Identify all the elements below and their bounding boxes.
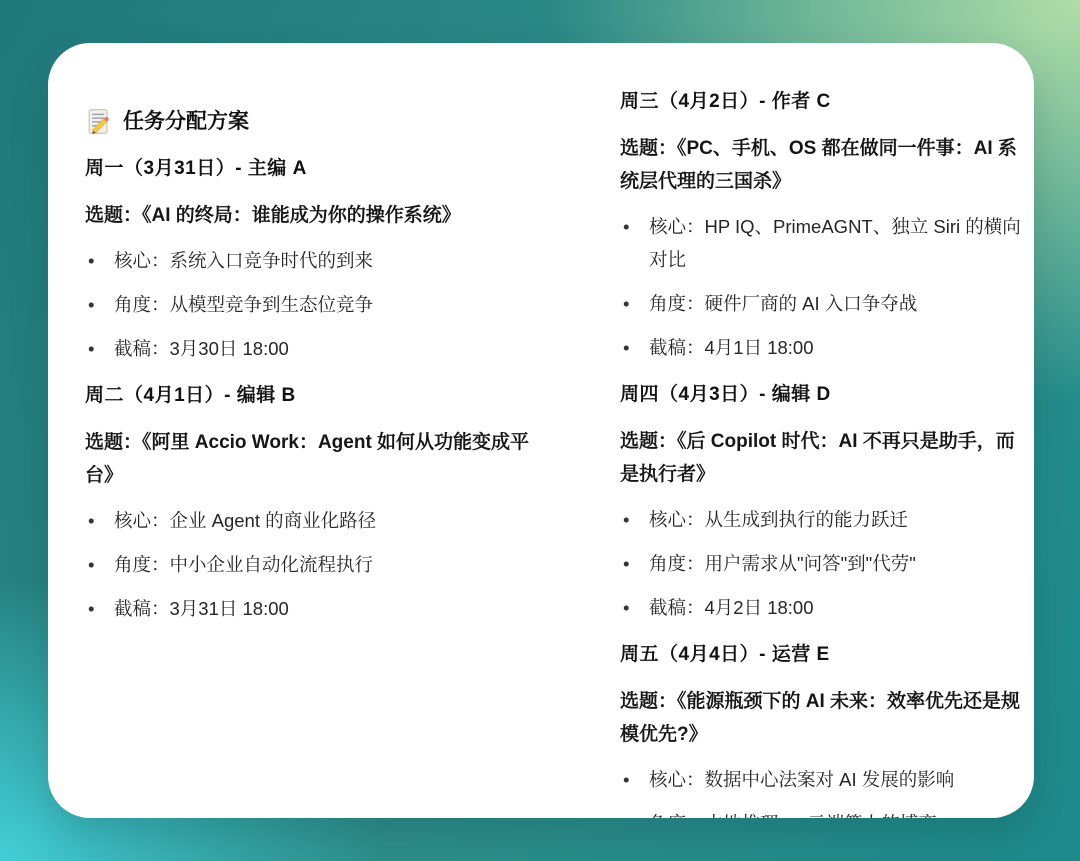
topic-line: 选题：《阿里 Accio Work：Agent 如何从功能变成平台》	[85, 426, 553, 492]
bullet-dot: •	[85, 244, 114, 277]
day-heading: 周三（4月2日）- 作者 C	[620, 85, 1032, 118]
bullet-core: • 核心：从生成到执行的能力跃迁	[620, 503, 1032, 536]
bullet-dot: •	[85, 288, 114, 321]
bullet-dot: •	[85, 548, 114, 581]
bullet-text: 角度：硬件厂商的 AI 入口争夺战	[649, 287, 1032, 320]
column-right: 周三（4月2日）- 作者 C 选题：《PC、手机、OS 都在做同一件事：AI 系…	[620, 43, 1032, 818]
bullet-dot: •	[620, 763, 649, 796]
day-block-thursday: 周四（4月3日）- 编辑 D 选题：《后 Copilot 时代：AI 不再只是助…	[620, 378, 1032, 624]
bullet-core: • 核心：系统入口竞争时代的到来	[85, 244, 553, 277]
bullet-text: 截稿：3月30日 18:00	[114, 332, 553, 365]
document-card: 任务分配方案 周一（3月31日）- 主编 A 选题：《AI 的终局：谁能成为你的…	[48, 43, 1034, 818]
bullet-text: 角度：本地推理 vs 云端算力的博弈	[649, 807, 1032, 818]
bullet-dot: •	[620, 591, 649, 624]
bullet-dot: •	[620, 210, 649, 276]
topic-line: 选题：《PC、手机、OS 都在做同一件事：AI 系统层代理的三国杀》	[620, 132, 1032, 198]
topic-line: 选题：《AI 的终局：谁能成为你的操作系统》	[85, 199, 553, 232]
day-block-friday: 周五（4月4日）- 运营 E 选题：《能源瓶颈下的 AI 未来：效率优先还是规模…	[620, 638, 1032, 818]
bullet-text: 截稿：4月2日 18:00	[649, 591, 1032, 624]
bullet-text: 截稿：4月1日 18:00	[649, 331, 1032, 364]
column-left: 任务分配方案 周一（3月31日）- 主编 A 选题：《AI 的终局：谁能成为你的…	[85, 43, 553, 636]
day-heading: 周四（4月3日）- 编辑 D	[620, 378, 1032, 411]
gradient-background: 任务分配方案 周一（3月31日）- 主编 A 选题：《AI 的终局：谁能成为你的…	[0, 0, 1080, 861]
topic-line: 选题：《后 Copilot 时代：AI 不再只是助手，而是执行者》	[620, 425, 1032, 491]
day-block-wednesday: 周三（4月2日）- 作者 C 选题：《PC、手机、OS 都在做同一件事：AI 系…	[620, 85, 1032, 364]
bullet-text: 核心：企业 Agent 的商业化路径	[114, 504, 553, 537]
bullet-deadline: • 截稿：3月31日 18:00	[85, 592, 553, 625]
bullet-dot: •	[85, 504, 114, 537]
bullet-angle: • 角度：用户需求从"问答"到"代劳"	[620, 547, 1032, 580]
bullet-dot: •	[620, 331, 649, 364]
bullet-text: 核心：数据中心法案对 AI 发展的影响	[649, 763, 1032, 796]
bullet-text: 角度：用户需求从"问答"到"代劳"	[649, 547, 1032, 580]
day-heading: 周二（4月1日）- 编辑 B	[85, 379, 553, 412]
memo-icon	[85, 108, 112, 135]
bullet-dot: •	[620, 287, 649, 320]
bullet-text: 核心：从生成到执行的能力跃迁	[649, 503, 1032, 536]
bullet-angle: • 角度：中小企业自动化流程执行	[85, 548, 553, 581]
bullet-deadline: • 截稿：3月30日 18:00	[85, 332, 553, 365]
bullet-core: • 核心：数据中心法案对 AI 发展的影响	[620, 763, 1032, 796]
bullet-core: • 核心：HP IQ、PrimeAGNT、独立 Siri 的横向对比	[620, 210, 1032, 276]
day-block-monday: 周一（3月31日）- 主编 A 选题：《AI 的终局：谁能成为你的操作系统》 •…	[85, 152, 553, 365]
bullet-dot: •	[620, 547, 649, 580]
bullet-deadline: • 截稿：4月2日 18:00	[620, 591, 1032, 624]
page-title-text: 任务分配方案	[123, 105, 249, 138]
bullet-text: 角度：从模型竞争到生态位竞争	[114, 288, 553, 321]
day-block-tuesday: 周二（4月1日）- 编辑 B 选题：《阿里 Accio Work：Agent 如…	[85, 379, 553, 625]
bullet-angle: • 角度：本地推理 vs 云端算力的博弈	[620, 807, 1032, 818]
bullet-angle: • 角度：硬件厂商的 AI 入口争夺战	[620, 287, 1032, 320]
bullet-text: 核心：系统入口竞争时代的到来	[114, 244, 553, 277]
bullet-dot: •	[620, 807, 649, 818]
bullet-dot: •	[620, 503, 649, 536]
bullet-core: • 核心：企业 Agent 的商业化路径	[85, 504, 553, 537]
day-heading: 周一（3月31日）- 主编 A	[85, 152, 553, 185]
bullet-deadline: • 截稿：4月1日 18:00	[620, 331, 1032, 364]
bullet-text: 角度：中小企业自动化流程执行	[114, 548, 553, 581]
topic-line: 选题：《能源瓶颈下的 AI 未来：效率优先还是规模优先?》	[620, 685, 1032, 751]
bullet-dot: •	[85, 332, 114, 365]
bullet-text: 截稿：3月31日 18:00	[114, 592, 553, 625]
page-title: 任务分配方案	[85, 105, 553, 138]
bullet-dot: •	[85, 592, 114, 625]
bullet-text: 核心：HP IQ、PrimeAGNT、独立 Siri 的横向对比	[649, 210, 1032, 276]
day-heading: 周五（4月4日）- 运营 E	[620, 638, 1032, 671]
bullet-angle: • 角度：从模型竞争到生态位竞争	[85, 288, 553, 321]
